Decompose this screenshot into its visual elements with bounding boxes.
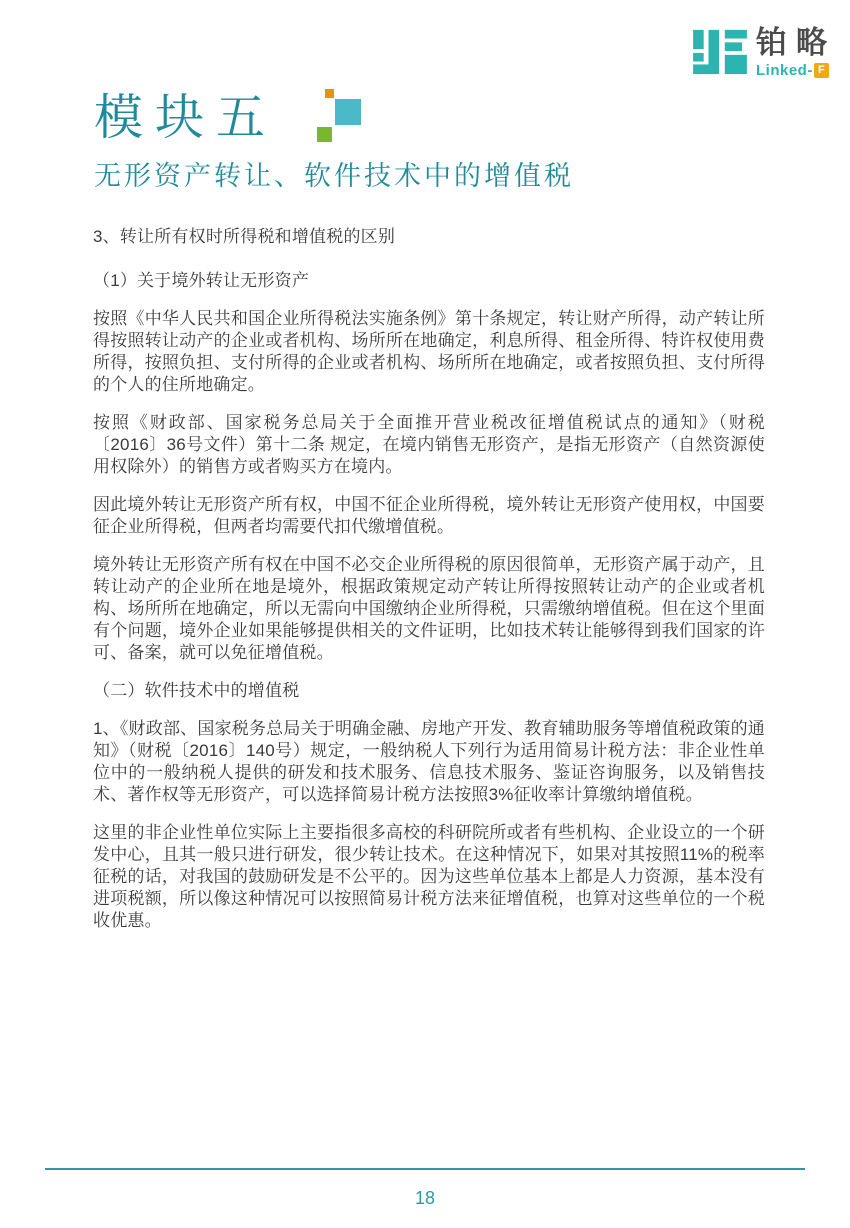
brand-logo-text: 铂略 Linked- F — [756, 27, 836, 79]
brand-name-en-text: Linked- — [756, 62, 813, 79]
paragraph: 1、《财政部、国家税务总局关于明确金融、房地产开发、教育辅助服务等增值税政策的通… — [93, 718, 765, 806]
sub-heading-1: （1）关于境外转让无形资产 — [93, 270, 765, 292]
paragraph: 按照《财政部、国家税务总局关于全面推开营业税改征增值税试点的通知》（财税〔201… — [93, 412, 765, 478]
brand-f-badge-icon: F — [814, 63, 829, 78]
paragraph: 这里的非企业性单位实际上主要指很多高校的科研院所或者有些机构、企业设立的一个研发… — [93, 822, 765, 932]
deco-square-green-icon — [317, 127, 332, 142]
document-page: 铂略 Linked- F 模块五 无形资产转让、软件技术中的增值税 3、转让所有… — [0, 0, 850, 1228]
brand-name-en: Linked- F — [756, 62, 829, 79]
page-number: 18 — [0, 1188, 850, 1209]
paragraph: 境外转让无形资产所有权在中国不必交企业所得税的原因很简单，无形资产属于动产，且转… — [93, 554, 765, 664]
document-body: 3、转让所有权时所得税和增值税的区别 （1）关于境外转让无形资产 按照《中华人民… — [93, 226, 765, 948]
deco-square-orange-icon — [325, 89, 334, 98]
sub-heading-2: （二）软件技术中的增值税 — [93, 680, 765, 702]
brand-logo: 铂略 Linked- F — [693, 27, 836, 79]
footer-divider — [45, 1168, 805, 1170]
deco-square-cyan-icon — [335, 99, 361, 125]
brand-name-cn: 铂略 — [756, 27, 836, 60]
section-heading: 3、转让所有权时所得税和增值税的区别 — [93, 226, 765, 248]
linked-f-mark-icon — [693, 27, 747, 75]
module-subtitle: 无形资产转让、软件技术中的增值税 — [94, 160, 574, 194]
paragraph: 因此境外转让无形资产所有权，中国不征企业所得税，境外转让无形资产使用权，中国要征… — [93, 494, 765, 538]
paragraph: 按照《中华人民共和国企业所得税法实施条例》第十条规定，转让财产所得，动产转让所得… — [93, 308, 765, 396]
module-title: 模块五 — [94, 90, 277, 146]
